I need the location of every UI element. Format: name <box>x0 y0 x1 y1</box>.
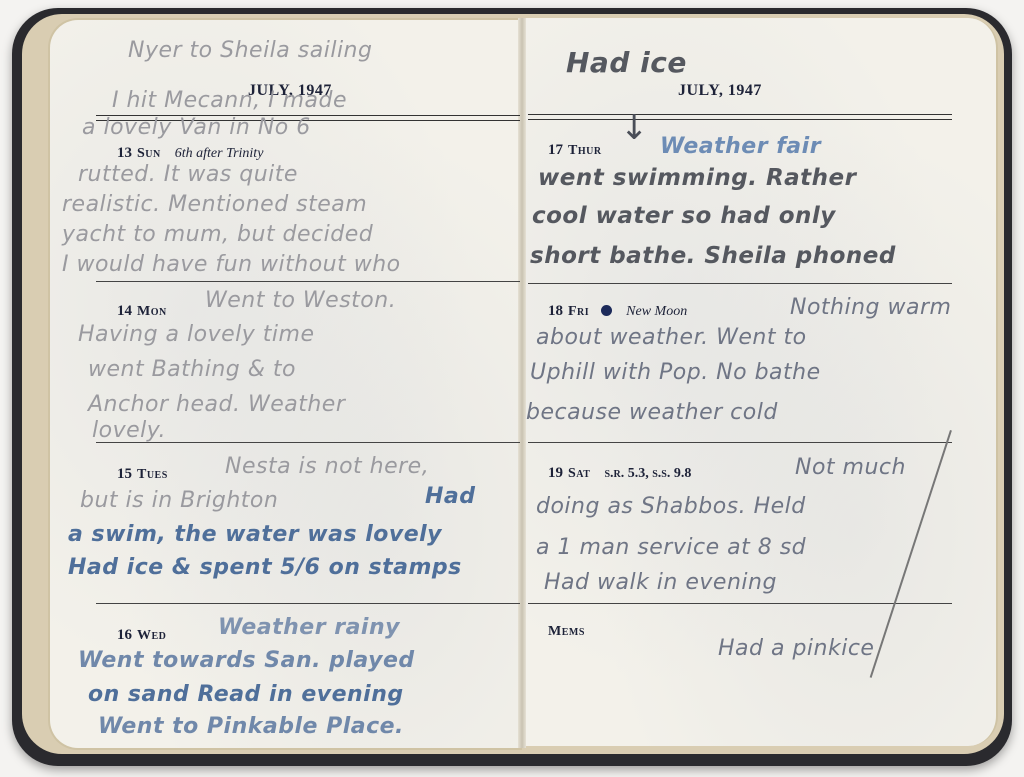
day-divider <box>528 283 952 284</box>
entry-14-line-3: went Bathing & to <box>88 357 296 382</box>
right-page-month-header: JULY, 1947 <box>678 82 762 100</box>
entry-19-line-2: doing as Shabbos. Held <box>536 494 806 519</box>
entry-14-line-4: Anchor head. Weather <box>88 392 345 417</box>
day-note: New Moon <box>626 304 687 319</box>
entry-13-line-5: I would have fun without who <box>62 252 401 277</box>
entry-16-line-3: on sand Read in evening <box>88 682 404 707</box>
entry-18-line-3: Uphill with Pop. No bathe <box>530 360 821 385</box>
day-divider <box>528 442 952 443</box>
day-number: 16 <box>117 627 132 643</box>
day-label-18: 18FriNew Moon <box>548 303 687 320</box>
day-number: 14 <box>117 303 132 319</box>
day-divider <box>96 442 520 443</box>
day-divider <box>96 281 520 282</box>
entry-14-line-5: lovely. <box>92 418 166 443</box>
day-label-19: 19Sats.r. 5.3, s.s. 9.8 <box>548 465 691 482</box>
weekday: Thur <box>568 143 602 158</box>
day-label-15: 15Tues <box>117 466 168 483</box>
mems-heading: Mems <box>548 624 585 639</box>
entry-16-line-1: Weather rainy <box>218 615 400 640</box>
day-note: 6th after Trinity <box>175 146 264 161</box>
entry-14-line-2: Having a lovely time <box>78 322 315 347</box>
entry-15-pencil-line-2: but is in Brighton <box>80 488 278 513</box>
entry-15-ink-line-2: a swim, the water was lovely <box>68 522 442 547</box>
entry-17-line-1: Weather fair <box>660 134 821 159</box>
pencil-note-line-1: Nyer to Sheila sailing <box>128 38 372 63</box>
new-moon-icon <box>601 305 612 316</box>
entry-17-line-3: cool water so had only <box>532 203 836 229</box>
entry-15-pencil-line-1: Nesta is not here, <box>225 454 429 479</box>
entry-16-line-2: Went towards San. played <box>78 648 415 673</box>
weekday: Mon <box>137 304 167 319</box>
entry-19-line-4: Had walk in evening <box>544 570 777 595</box>
entry-16-line-4: Went to Pinkable Place. <box>98 714 404 739</box>
day-number: 13 <box>117 145 132 161</box>
weekday: Sat <box>568 466 590 481</box>
mems-label: Mems <box>548 624 585 640</box>
entry-17-line-2: went swimming. Rather <box>538 165 856 191</box>
entry-19-line-1: Not much <box>795 455 906 480</box>
entry-13-line-4: yacht to mum, but decided <box>62 222 373 247</box>
day-divider <box>528 603 952 604</box>
entry-13-line-2: rutted. It was quite <box>78 162 298 187</box>
entry-18-line-1: Nothing warm <box>790 295 951 320</box>
day-label-14: 14Mon <box>117 303 167 320</box>
entry-18-line-2: about weather. Went to <box>536 325 807 350</box>
day-label-17: 17Thur <box>548 142 602 159</box>
entry-18-line-4: because weather cold <box>526 400 778 425</box>
entry-19-line-3: a 1 man service at 8 sd <box>536 535 806 560</box>
book-spine <box>518 18 526 748</box>
sunrise-sunset: s.r. 5.3, s.s. 9.8 <box>604 466 691 481</box>
weekday: Wed <box>137 628 166 643</box>
entry-13-line-1: a lovely Van in No 6 <box>82 115 311 140</box>
entry-17-line-4: short bathe. Sheila phoned <box>530 243 896 269</box>
day-number: 17 <box>548 142 563 158</box>
mems-note: Had a pinkice <box>718 636 874 661</box>
day-number: 15 <box>117 466 132 482</box>
entry-15-ink-line-1: Had <box>425 484 476 509</box>
weekday: Sun <box>137 146 161 161</box>
day-number: 19 <box>548 465 563 481</box>
entry-14-line-1: Went to Weston. <box>205 288 396 313</box>
weekday: Tues <box>137 467 168 482</box>
header-rule <box>528 114 952 120</box>
entry-13-line-3: realistic. Mentioned steam <box>62 192 367 217</box>
pencil-note-line-2: I hit Mecann, I made <box>112 88 347 113</box>
annotation-had-ice: Had ice <box>566 46 687 79</box>
down-arrow-icon: ↓ <box>620 108 649 148</box>
day-label-13: 13Sun6th after Trinity <box>117 145 263 162</box>
weekday: Fri <box>568 304 589 319</box>
day-number: 18 <box>548 303 563 319</box>
day-divider <box>96 603 520 604</box>
day-label-16: 16Wed <box>117 627 166 644</box>
entry-15-ink-line-3: Had ice & spent 5/6 on stamps <box>68 555 462 580</box>
